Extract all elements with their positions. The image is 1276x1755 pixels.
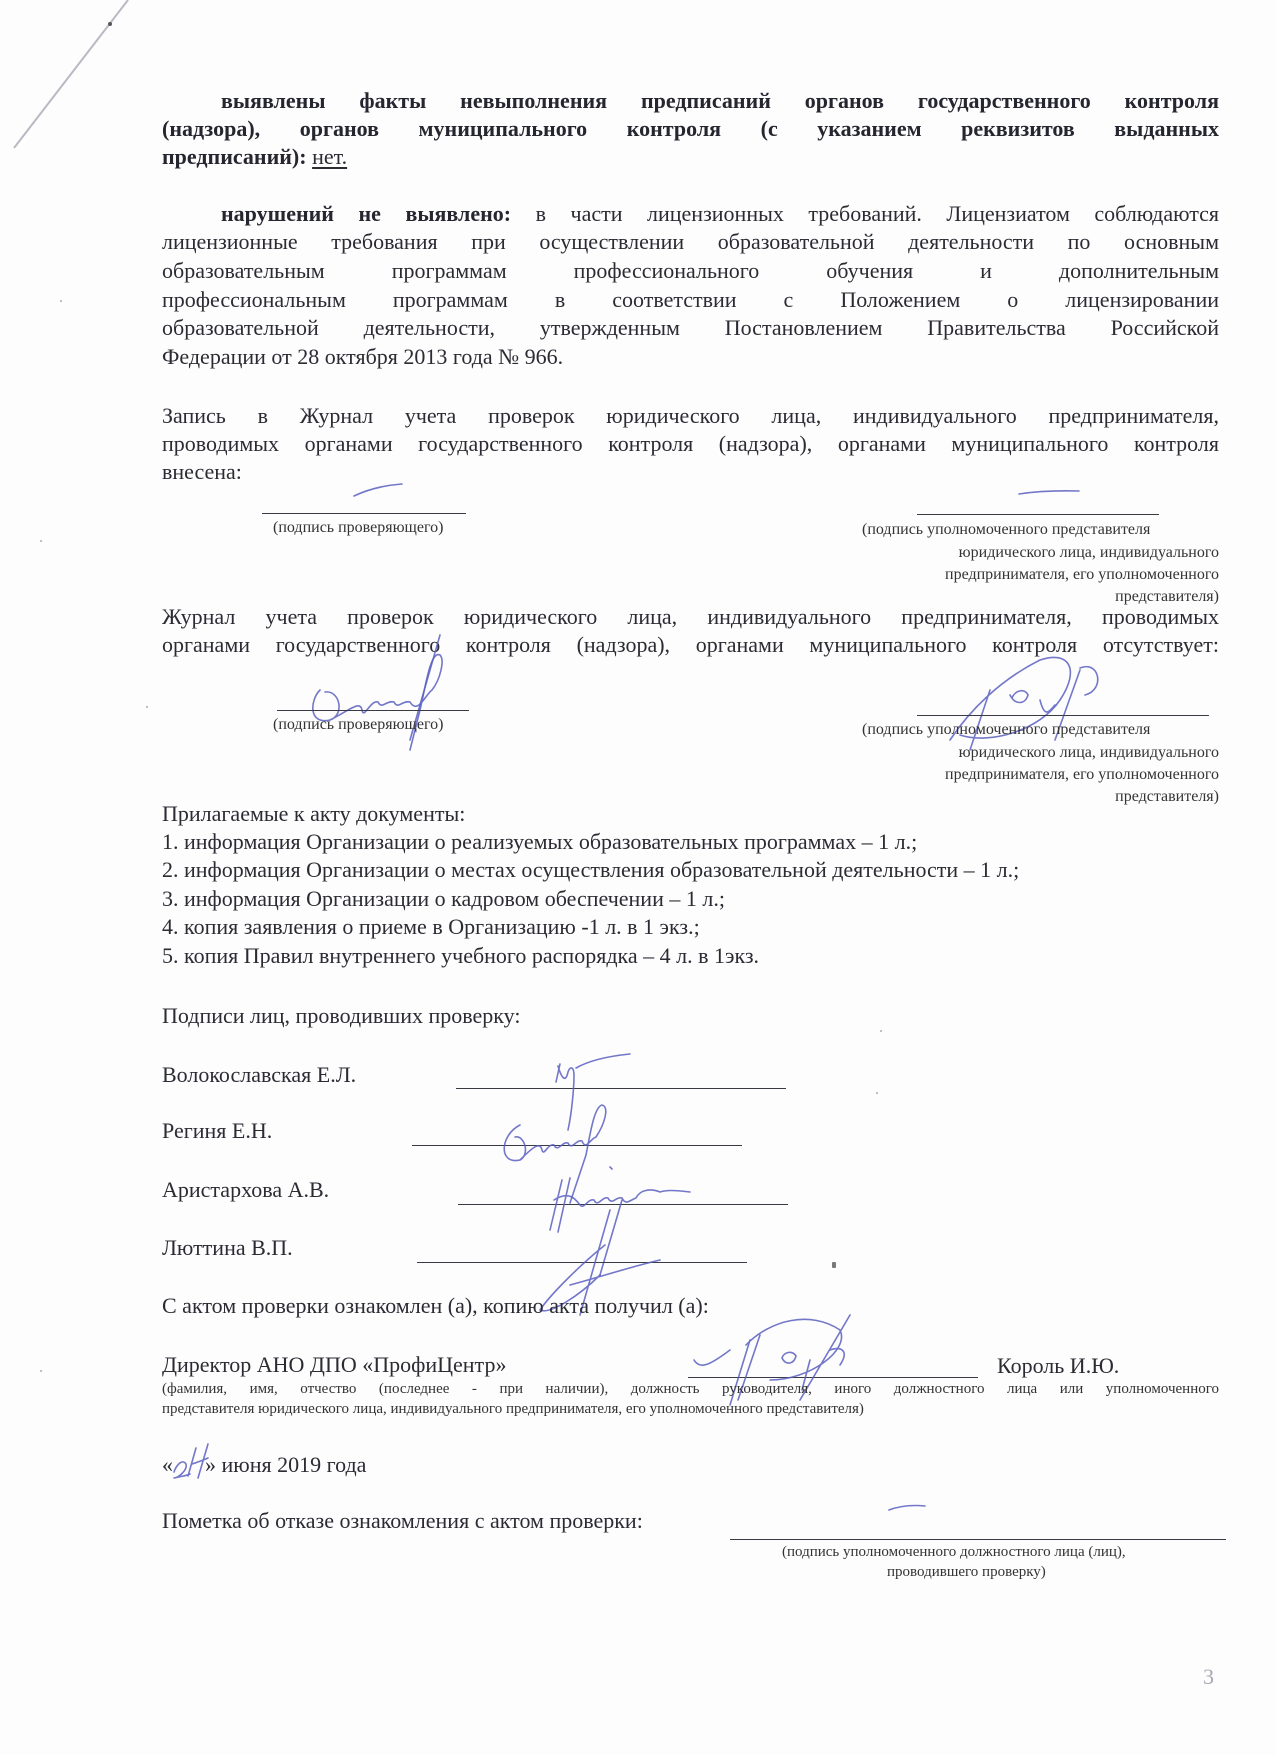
no-violations-line-6: Федерации от 28 октября 2013 года № 966.	[162, 346, 1219, 368]
representative-caption-2: юридического лица, индивидуального	[959, 545, 1219, 561]
attachment-item-2: 2. информация Организации о местах осуще…	[162, 859, 1219, 881]
attachments-title: Прилагаемые к акту документы:	[162, 803, 1219, 825]
attachment-item-3: 3. информация Организации о кадровом обе…	[162, 888, 1219, 910]
journal-entry-line-2: проводимых органами государственного кон…	[162, 433, 1219, 455]
journal-entry-line-1: Запись в Журнал учета проверок юридическ…	[162, 405, 1219, 427]
director-caption-line-1: (фамилия, имя, отчество (последнее - при…	[162, 1382, 1219, 1397]
unfulfilled-orders-value: нет.	[312, 144, 347, 169]
no-violations-label: нарушений не выявлено:	[221, 201, 511, 226]
no-violations-text-1: в части лицензионных требований. Лицензи…	[536, 201, 1219, 226]
representative-signature-stroke	[1015, 486, 1085, 500]
scan-speck	[876, 1092, 878, 1094]
representative-caption-2-3: предпринимателя, его уполномоченного	[945, 767, 1219, 783]
act-date: «24» июня 2019 года	[162, 1454, 1219, 1476]
page-number: 3	[1203, 1664, 1214, 1690]
representative-caption-2-1: (подпись уполномоченного представителя	[862, 722, 1150, 738]
representative-signature-line-2	[917, 715, 1209, 716]
no-violations-line-5: образовательной деятельности, утвержденн…	[162, 317, 1219, 339]
journal-entry-line-3: внесена:	[162, 461, 1219, 483]
representative-caption-3: предпринимателя, его уполномоченного	[945, 567, 1219, 583]
refusal-stroke	[885, 1500, 935, 1516]
scan-speck	[40, 1370, 42, 1372]
attachment-item-5: 5. копия Правил внутреннего учебного рас…	[162, 945, 1219, 967]
representative-caption-1: (подпись уполномоченного представителя	[862, 522, 1150, 538]
representative-caption-4: представителя)	[1115, 589, 1219, 605]
attachment-item-4: 4. копия заявления о приеме в Организаци…	[162, 916, 1219, 938]
unfulfilled-orders-line-2: (надзора), органов муниципального контро…	[162, 118, 1219, 140]
no-violations-line-2: лицензионные требования при осуществлени…	[162, 231, 1219, 253]
no-violations-line-1: нарушений не выявлено: в части лицензион…	[221, 203, 1219, 225]
representative-signature-line	[917, 514, 1159, 515]
inspector-signature-line-2	[277, 710, 469, 711]
unfulfilled-orders-line-3: предписаний): нет.	[162, 146, 1219, 168]
director-name: Король И.Ю.	[997, 1355, 1119, 1377]
scan-speck	[880, 1030, 882, 1032]
refusal-label: Пометка об отказе ознакомления с актом п…	[162, 1510, 1219, 1532]
inspector-name-1: Волокославская Е.Л.	[162, 1064, 1219, 1086]
date-day-handwritten-stroke	[168, 1438, 218, 1482]
inspectors-title: Подписи лиц, проводивших проверку:	[162, 1005, 1219, 1027]
scan-speck	[60, 300, 62, 302]
ink-speck	[832, 1262, 836, 1268]
inspector-name-2: Региня Е.Н.	[162, 1120, 1219, 1142]
date-rest: » июня 2019 года	[205, 1452, 366, 1477]
refusal-caption-line-2: проводившего проверку)	[887, 1565, 1046, 1580]
inspector-signature-line	[262, 513, 466, 514]
inspector-signature-caption-2: (подпись проверяющего)	[273, 717, 443, 733]
unfulfilled-orders-line-1: выявлены факты невыполнения предписаний …	[221, 90, 1219, 112]
refusal-signature-line	[730, 1539, 1226, 1540]
scan-speck	[40, 540, 42, 542]
refusal-caption-line-1: (подпись уполномоченного должностного ли…	[782, 1545, 1126, 1560]
journal-absent-line-1: Журнал учета проверок юридического лица,…	[162, 606, 1219, 628]
scan-speck	[146, 706, 148, 708]
no-violations-line-3: образовательным программам профессиональ…	[162, 260, 1219, 282]
unfulfilled-orders-label-end: предписаний):	[162, 144, 307, 169]
inspector-name-4: Люттина В.П.	[162, 1237, 1219, 1259]
attachment-item-1: 1. информация Организации о реализуемых …	[162, 831, 1219, 853]
no-violations-line-4: профессиональным программам в соответств…	[162, 289, 1219, 311]
inspector-signature-caption: (подпись проверяющего)	[273, 520, 443, 536]
scan-fold-line	[0, 0, 160, 160]
representative-caption-2-2: юридического лица, индивидуального	[959, 745, 1219, 761]
director-caption-line-2: представителя юридического лица, индивид…	[162, 1402, 864, 1417]
inspector-signature-stroke	[350, 480, 410, 500]
inspector-signature-regina	[290, 630, 490, 760]
